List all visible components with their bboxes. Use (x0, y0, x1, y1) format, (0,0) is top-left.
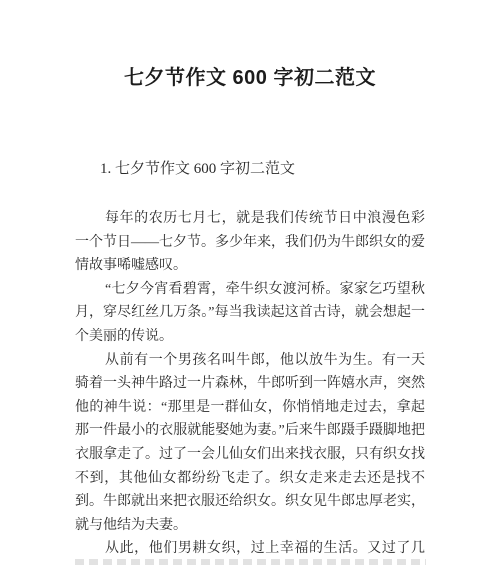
text-line: 到。牛郎就出来把衣服还给织女。织女见牛郎忠厚老实， (75, 490, 425, 514)
text-line: 他的神牛说：“那里是一群仙女，你悄悄地走过去，拿起 (75, 396, 425, 420)
text-line: 骑着一头神牛路过一片森林，牛郎听到一阵嬉水声，突然 (75, 372, 425, 396)
text-line: 个美丽的传说。 (75, 325, 425, 349)
document-body: 每年的农历七月七，就是我们传统节日中浪漫色彩的一个节日——七夕节。多少年来，我们… (75, 207, 425, 561)
text-line: 情故事唏嘘感叹。 (75, 254, 425, 278)
text-line: 从前有一个男孩名叫牛郎，他以放牛为生。有一天他 (75, 349, 425, 373)
clipped-next-line (75, 559, 426, 565)
document-page: 七夕节作文 600 字初二范文 1. 七夕节作文 600 字初二范文 每年的农历… (0, 0, 500, 565)
text-line: 那一件最小的衣服就能娶她为妻。”后来牛郎蹑手蹑脚地把 (75, 419, 425, 443)
document-title: 七夕节作文 600 字初二范文 (0, 61, 500, 90)
section-heading: 1. 七夕节作文 600 字初二范文 (100, 157, 295, 178)
text-line: 月，穿尽红丝几万条。”每当我读起这首古诗，就会想起一 (75, 301, 425, 325)
text-line: 每年的农历七月七，就是我们传统节日中浪漫色彩的 (75, 207, 425, 231)
text-line: 不到，其他仙女都纷纷飞走了。织女走来走去还是找不 (75, 467, 425, 491)
text-line: 就与他结为夫妻。 (75, 514, 425, 538)
text-line: 一个节日——七夕节。多少年来，我们仍为牛郎织女的爱 (75, 231, 425, 255)
text-line: 从此，他们男耕女织，过上幸福的生活。又过了几 (75, 537, 425, 561)
text-line: “七夕今宵看碧霄，牵牛织女渡河桥。家家乞巧望秋 (75, 278, 425, 302)
text-line: 衣服拿走了。过了一会儿仙女们出来找衣服，只有织女找 (75, 443, 425, 467)
